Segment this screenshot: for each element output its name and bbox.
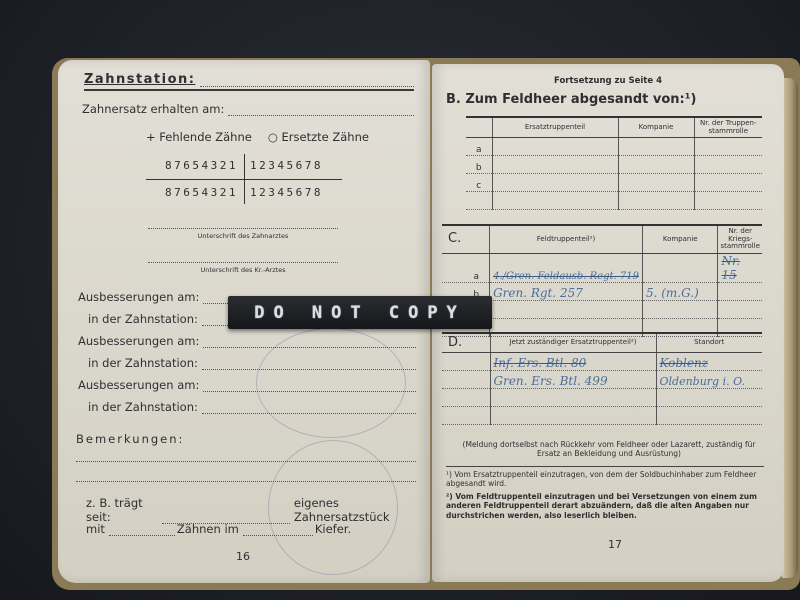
page-number-left: 16 xyxy=(236,550,250,563)
col-location: Standort xyxy=(656,333,762,353)
company-cell xyxy=(642,254,718,283)
table-row xyxy=(466,192,762,210)
number-cell xyxy=(718,301,762,319)
unit-cell xyxy=(490,301,643,319)
page-edge xyxy=(782,78,798,578)
col-company: Kompanie xyxy=(618,117,694,138)
section-b-title: B. Zum Feldheer abgesandt von:¹) xyxy=(446,92,696,107)
lower-right-teeth: 87654321 xyxy=(146,186,244,199)
section-d-note: (Meldung dortselbst nach Rückkehr vom Fe… xyxy=(462,440,756,459)
teeth-chart: 87654321 12345678 87654321 12345678 xyxy=(146,154,342,204)
row-label xyxy=(442,353,490,371)
teeth-in-label: Zähnen im xyxy=(177,522,239,536)
number-cell xyxy=(718,283,762,301)
repair-station-label: in der Zahnstation: xyxy=(88,312,198,326)
company-cell xyxy=(618,192,694,210)
section-b-table: Ersatztruppenteil Kompanie Nr. der Trupp… xyxy=(466,116,762,210)
faded-stamp-upper xyxy=(256,328,406,438)
unit-cell xyxy=(492,138,618,156)
footnote-1: ¹) Vom Ersatztruppenteil einzutragen, vo… xyxy=(446,470,764,489)
missing-teeth-label: Fehlende Zähne xyxy=(159,130,252,144)
location-cell xyxy=(656,407,762,425)
dentist-signature-label: Unterschrift des Zahnarztes xyxy=(198,232,289,240)
unit-cell xyxy=(490,389,656,407)
table-row xyxy=(442,407,762,425)
footnote-divider xyxy=(446,466,764,467)
col-company: Kompanie xyxy=(642,225,718,254)
dental-station-field xyxy=(200,75,415,87)
repair-date-label: Ausbesserungen am: xyxy=(78,378,199,392)
table-row: a xyxy=(466,138,762,156)
row-label xyxy=(442,407,490,425)
row-label: b xyxy=(466,156,492,174)
table-row: Gren. Ers. Btl. 499 Oldenburg i. O. xyxy=(442,371,762,389)
district-signature-label: Unterschrift des Kr.-Arztes xyxy=(200,266,285,274)
col-war-roll-number: Nr. der Kriegs-stammrolle xyxy=(718,225,762,254)
with-label: mit xyxy=(86,522,105,536)
replaced-teeth-legend: ○ Ersetzte Zähne xyxy=(268,130,369,144)
location-cell xyxy=(656,389,762,407)
lower-left-teeth: 12345678 xyxy=(244,186,342,199)
table-row: a 4./Gren. Feldausb. Regt. 719 Nr. 15 xyxy=(442,254,762,283)
company-cell xyxy=(618,156,694,174)
section-d-letter: D. xyxy=(442,333,490,353)
unit-cell: Gren. Ers. Btl. 499 xyxy=(490,371,656,389)
section-d-table: D. Jetzt zuständiger Ersatztruppenteil²)… xyxy=(442,332,762,425)
continuation-header: Fortsetzung zu Seite 4 xyxy=(432,76,784,86)
repair-date-label: Ausbesserungen am: xyxy=(78,290,199,304)
table-row xyxy=(442,389,762,407)
repair-station-label: in der Zahnstation: xyxy=(88,356,198,370)
table-row: c xyxy=(466,174,762,192)
unit-cell: Gren. Rgt. 257 xyxy=(490,283,643,301)
upper-right-teeth: 87654321 xyxy=(146,159,244,172)
unit-cell xyxy=(490,407,656,425)
denture-received-label: Zahnersatz erhalten am: xyxy=(82,102,224,116)
wears-since-label: z. B. trägt seit: xyxy=(86,496,158,524)
repair-station-label: in der Zahnstation: xyxy=(88,400,198,414)
section-c-letter: C. xyxy=(442,225,490,254)
circle-icon: ○ xyxy=(268,130,278,144)
table-row: b xyxy=(466,156,762,174)
unit-cell: 4./Gren. Feldausb. Regt. 719 xyxy=(490,254,643,283)
number-cell xyxy=(694,174,762,192)
unit-cell: Inf. Ers. Btl. 80 xyxy=(490,353,656,371)
dental-station-title-row: Zahnstation: xyxy=(84,72,414,91)
row-label xyxy=(466,192,492,210)
chart-horizontal-divider xyxy=(146,179,342,180)
company-cell xyxy=(618,138,694,156)
teeth-count-field xyxy=(109,524,175,536)
denture-received-row: Zahnersatz erhalten am: xyxy=(82,102,414,116)
district-doctor-signature: Unterschrift des Kr.-Arztes xyxy=(148,262,338,274)
location-cell: Koblenz xyxy=(656,353,762,371)
col-troop-roll-number: Nr. der Truppen-stammrolle xyxy=(694,117,762,138)
page-number-right: 17 xyxy=(608,538,622,551)
company-cell: 5. (m.G.) xyxy=(642,283,718,301)
unit-cell xyxy=(492,156,618,174)
company-cell xyxy=(618,174,694,192)
do-not-copy-watermark: DO NOT COPY xyxy=(228,296,492,329)
upper-left-teeth: 12345678 xyxy=(244,159,342,172)
unit-cell xyxy=(492,192,618,210)
row-label: c xyxy=(466,174,492,192)
col-current-replacement-unit: Jetzt zuständiger Ersatztruppenteil²) xyxy=(490,333,656,353)
row-label: a xyxy=(466,138,492,156)
faded-stamp-lower xyxy=(268,440,398,575)
missing-teeth-legend: + Fehlende Zähne xyxy=(146,130,252,144)
denture-received-field xyxy=(228,104,414,116)
district-signature-line xyxy=(148,262,338,263)
company-cell xyxy=(642,301,718,319)
repair-date-label: Ausbesserungen am: xyxy=(78,334,199,348)
dentist-signature-line xyxy=(148,228,338,229)
location-cell: Oldenburg i. O. xyxy=(656,371,762,389)
section-b-empty-header xyxy=(466,117,492,138)
plus-icon: + xyxy=(146,130,156,144)
col-replacement-unit: Ersatztruppenteil xyxy=(492,117,618,138)
teeth-legend: + Fehlende Zähne ○ Ersetzte Zähne xyxy=(146,130,369,144)
table-row: Inf. Ers. Btl. 80 Koblenz xyxy=(442,353,762,371)
col-field-unit: Feldtruppenteil²) xyxy=(490,225,643,254)
row-label: a xyxy=(442,254,490,283)
number-cell xyxy=(694,138,762,156)
number-cell xyxy=(694,192,762,210)
unit-cell xyxy=(492,174,618,192)
remarks-label: Bemerkungen: xyxy=(76,432,184,446)
number-cell xyxy=(694,156,762,174)
replaced-teeth-label: Ersetzte Zähne xyxy=(282,130,369,144)
row-label xyxy=(442,389,490,407)
row-label xyxy=(442,371,490,389)
dental-station-title: Zahnstation: xyxy=(84,72,196,87)
dentist-signature: Unterschrift des Zahnarztes xyxy=(148,228,338,240)
number-cell: Nr. 15 xyxy=(718,254,762,283)
footnote-2: ²) Vom Feldtruppenteil einzutragen und b… xyxy=(446,492,764,520)
